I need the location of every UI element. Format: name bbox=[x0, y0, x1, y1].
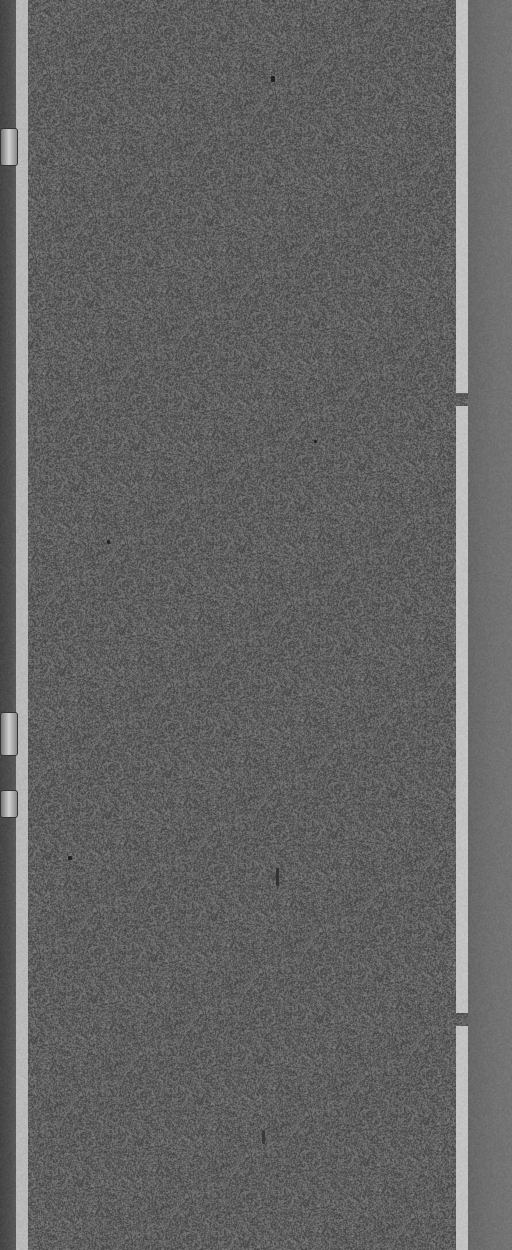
road-debris bbox=[107, 540, 110, 544]
lane-dash bbox=[456, 406, 468, 1013]
road-crack bbox=[276, 868, 279, 886]
guardrail-post bbox=[0, 790, 18, 818]
guardrail-post bbox=[0, 128, 18, 166]
left-shoulder bbox=[0, 0, 16, 1250]
lane-dash bbox=[456, 1026, 468, 1250]
left-edge-line bbox=[16, 0, 28, 1250]
road-crack bbox=[262, 1130, 265, 1144]
lane-dash bbox=[456, 0, 468, 393]
right-lane-surface bbox=[468, 0, 512, 1250]
asphalt-texture bbox=[0, 0, 512, 1250]
road-debris bbox=[271, 76, 275, 82]
guardrail-post bbox=[0, 712, 18, 756]
road-debris bbox=[68, 856, 72, 860]
road-debris bbox=[314, 440, 317, 443]
road-aerial-image bbox=[0, 0, 512, 1250]
